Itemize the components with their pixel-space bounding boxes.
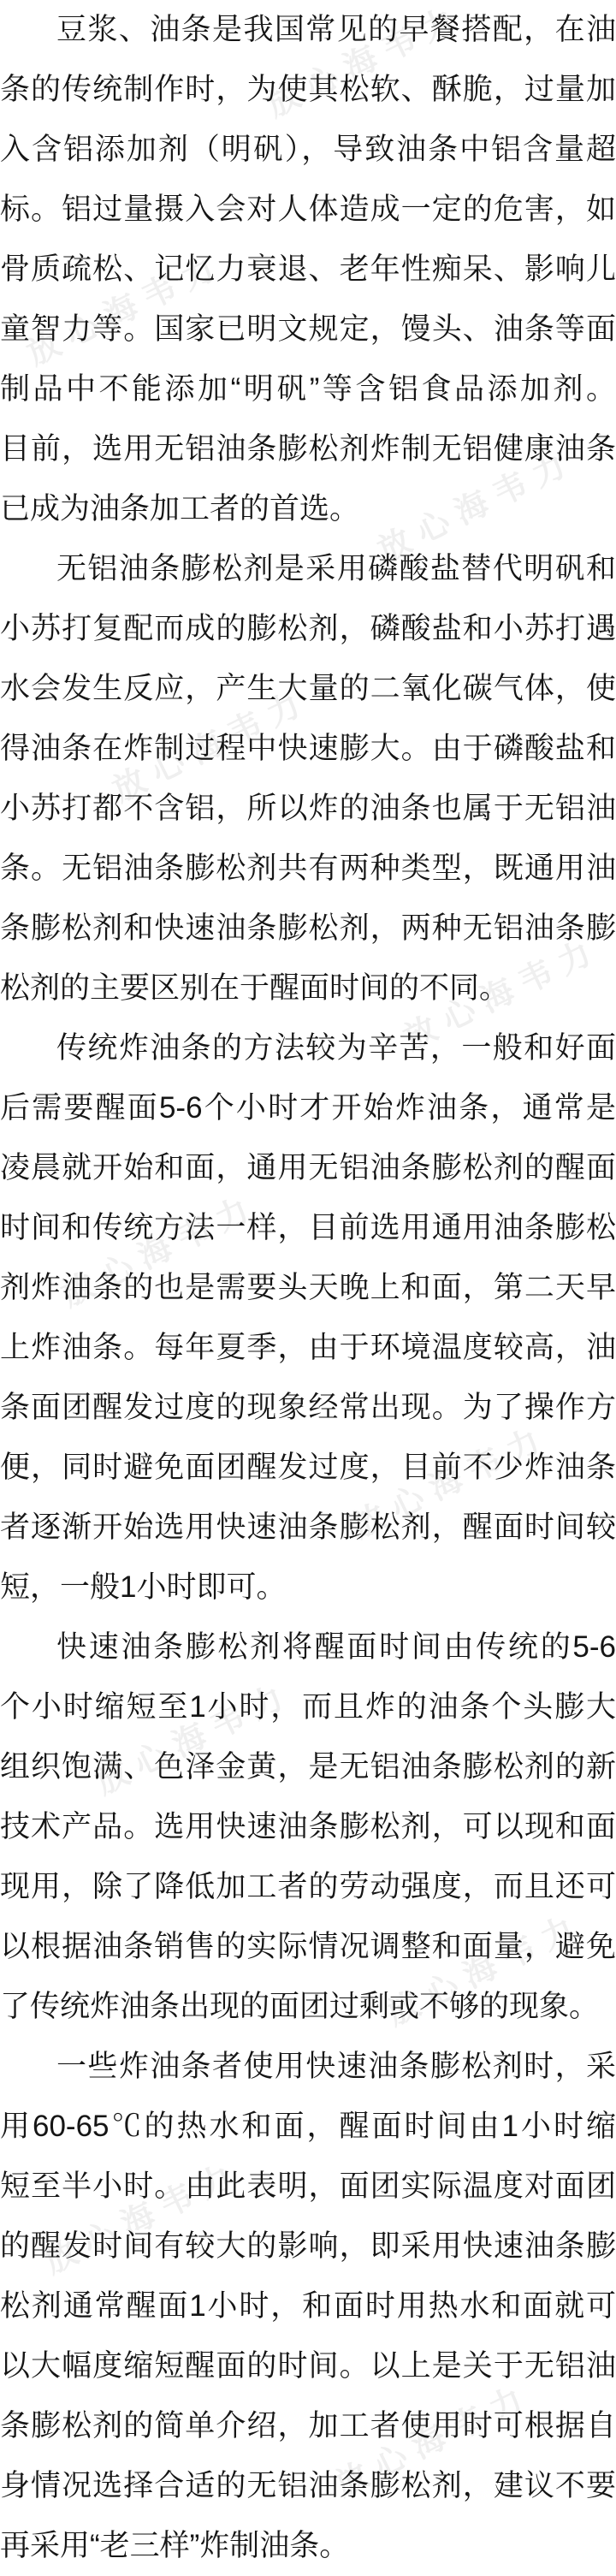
- text-line: 便，同时避免面团醒发过度，目前不少炸油条: [0, 1438, 616, 1498]
- text-line: 用60-65℃的热水和面，醒面时间由1小时缩: [0, 2097, 616, 2157]
- text-line: 以大幅度缩短醒面的时间。以上是关于无铝油: [0, 2336, 616, 2396]
- text-line: 短至半小时。由此表明，面团实际温度对面团: [0, 2157, 616, 2217]
- text-line: 凌晨就开始和面，通用无铝油条膨松剂的醒面: [0, 1138, 616, 1198]
- text-line: 已成为油条加工者的首选。: [0, 479, 616, 539]
- text-line: 一些炸油条者使用快速油条膨松剂时，采: [0, 2037, 616, 2097]
- text-line: 条膨松剂和快速油条膨松剂，两种无铝油条膨: [0, 899, 616, 959]
- text-line: 松剂通常醒面1小时，和面时用热水和面就可: [0, 2276, 616, 2336]
- text-line: 短，一般1小时即可。: [0, 1558, 616, 1617]
- text-line: 条的传统制作时，为使其松软、酥脆，过量加: [0, 60, 616, 120]
- text-line: 目前，选用无铝油条膨松剂炸制无铝健康油条: [0, 419, 616, 479]
- text-line: 身情况选择合适的无铝油条膨松剂，建议不要: [0, 2456, 616, 2516]
- paragraph-2: 无铝油条膨松剂是采用磷酸盐替代明矾和 小苏打复配而成的膨松剂，磷酸盐和小苏打遇 …: [0, 539, 616, 1018]
- text-line: 童智力等。国家已明文规定，馒头、油条等面: [0, 300, 616, 359]
- text-line: 快速油条膨松剂将醒面时间由传统的5-6: [0, 1617, 616, 1677]
- text-line: 的醒发时间有较大的影响，即采用快速油条膨: [0, 2217, 616, 2276]
- text-line: 松剂的主要区别在于醒面时间的不同。: [0, 959, 616, 1018]
- paragraph-3: 传统炸油条的方法较为辛苦，一般和好面 后需要醒面5-6个小时才开始炸油条，通常是…: [0, 1018, 616, 1617]
- text-line: 标。铝过量摄入会对人体造成一定的危害，如: [0, 180, 616, 240]
- text-line: 传统炸油条的方法较为辛苦，一般和好面: [0, 1018, 616, 1078]
- text-line: 者逐渐开始选用快速油条膨松剂，醒面时间较: [0, 1498, 616, 1558]
- document-page: 放心海韦力 放心海韦力 放心海韦力 放心海韦力 放心海韦力 放心海韦力 放心海韦…: [0, 0, 616, 2576]
- text-line: 得油条在炸制过程中快速膨大。由于磷酸盐和: [0, 719, 616, 779]
- text-line: 再采用“老三样”炸制油条。: [0, 2516, 616, 2576]
- text-line: 剂炸油条的也是需要头天晚上和面，第二天早: [0, 1258, 616, 1318]
- text-line: 技术产品。选用快速油条膨松剂，可以现和面: [0, 1797, 616, 1857]
- text-line: 了传统炸油条出现的面团过剩或不够的现象。: [0, 1977, 616, 2037]
- text-line: 无铝油条膨松剂是采用磷酸盐替代明矾和: [0, 539, 616, 599]
- text-line: 水会发生反应，产生大量的二氧化碳气体，使: [0, 659, 616, 719]
- text-line: 小苏打都不含铝，所以炸的油条也属于无铝油: [0, 779, 616, 839]
- text-line: 豆浆、油条是我国常见的早餐搭配，在油: [0, 0, 616, 60]
- text-line: 上炸油条。每年夏季，由于环境温度较高，油: [0, 1318, 616, 1378]
- text-line: 条面团醒发过度的现象经常出现。为了操作方: [0, 1378, 616, 1438]
- text-line: 后需要醒面5-6个小时才开始炸油条，通常是: [0, 1078, 616, 1138]
- text-line: 小苏打复配而成的膨松剂，磷酸盐和小苏打遇: [0, 599, 616, 659]
- text-line: 条。无铝油条膨松剂共有两种类型，既通用油: [0, 839, 616, 899]
- text-line: 以根据油条销售的实际情况调整和面量，避免: [0, 1917, 616, 1977]
- text-line: 个小时缩短至1小时，而且炸的油条个头膨大: [0, 1677, 616, 1737]
- article-body: 豆浆、油条是我国常见的早餐搭配，在油 条的传统制作时，为使其松软、酥脆，过量加 …: [0, 0, 616, 2576]
- paragraph-4: 快速油条膨松剂将醒面时间由传统的5-6 个小时缩短至1小时，而且炸的油条个头膨大…: [0, 1617, 616, 2037]
- text-line: 骨质疏松、记忆力衰退、老年性痴呆、影响儿: [0, 240, 616, 300]
- text-line: 制品中不能添加“明矾”等含铝食品添加剂。: [0, 359, 616, 419]
- text-line: 组织饱满、色泽金黄，是无铝油条膨松剂的新: [0, 1737, 616, 1797]
- text-line: 时间和传统方法一样，目前选用通用油条膨松: [0, 1198, 616, 1258]
- text-line: 入含铝添加剂（明矾），导致油条中铝含量超: [0, 120, 616, 180]
- text-line: 条膨松剂的简单介绍，加工者使用时可根据自: [0, 2396, 616, 2456]
- text-line: 现用，除了降低加工者的劳动强度，而且还可: [0, 1857, 616, 1917]
- paragraph-1: 豆浆、油条是我国常见的早餐搭配，在油 条的传统制作时，为使其松软、酥脆，过量加 …: [0, 0, 616, 539]
- paragraph-5: 一些炸油条者使用快速油条膨松剂时，采 用60-65℃的热水和面，醒面时间由1小时…: [0, 2037, 616, 2576]
